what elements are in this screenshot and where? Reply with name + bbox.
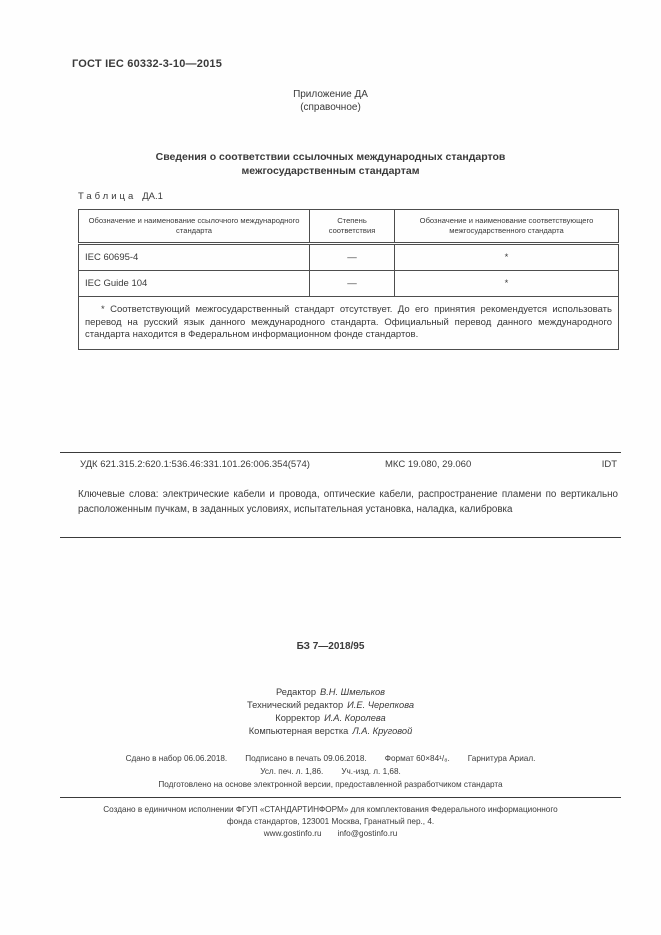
staff-line: Компьютерная версткаЛ.А. Круговой — [0, 725, 661, 738]
section-title-line1: Сведения о соответствии ссылочных междун… — [0, 150, 661, 164]
staff-line: РедакторВ.Н. Шмельков — [0, 686, 661, 699]
signed-to-print-date: Подписано в печать 09.06.2018. — [245, 752, 367, 765]
doc-number: ГОСТ IEC 60332-3-10—2015 — [72, 58, 222, 70]
keywords-paragraph: Ключевые слова: электрические кабели и п… — [78, 487, 618, 517]
staff-role: Компьютерная верстка — [249, 726, 349, 736]
section-title: Сведения о соответствии ссылочных междун… — [0, 150, 661, 178]
divider-above-publisher — [60, 797, 621, 798]
correspondence-table: Обозначение и наименование ссылочного ме… — [78, 209, 619, 350]
typeset-date: Сдано в набор 06.06.2018. — [126, 752, 228, 765]
cell-degree: — — [310, 244, 395, 271]
conventional-sheets: Усл. печ. л. 1,86. — [260, 765, 323, 778]
annex-kind: (справочное) — [0, 101, 661, 114]
print-line-1: Сдано в набор 06.06.2018.Подписано в печ… — [0, 752, 661, 765]
table-header-row: Обозначение и наименование ссылочного ме… — [79, 210, 619, 244]
bz-code: БЗ 7—2018/95 — [0, 641, 661, 652]
col-header-reference-standard: Обозначение и наименование ссылочного ме… — [79, 210, 310, 244]
idt-code: IDT — [602, 459, 617, 470]
annex-label: Приложение ДА — [0, 88, 661, 101]
table-label: ТаблицаДА.1 — [78, 191, 163, 202]
cell-reference-standard: IEC Guide 104 — [79, 271, 310, 297]
editorial-staff-block: РедакторВ.Н. Шмельков Технический редакт… — [0, 686, 661, 738]
publisher-line-1: Создано в единичном исполнении ФГУП «СТА… — [0, 804, 661, 816]
staff-name: В.Н. Шмельков — [320, 687, 385, 697]
cell-degree: — — [310, 271, 395, 297]
table-row: IEC 60695-4 — * — [79, 244, 619, 271]
staff-role: Редактор — [276, 687, 316, 697]
table-footnote-row: * Соответствующий межгосударственный ста… — [79, 297, 619, 350]
mks-code: МКС 19.080, 29.060 — [385, 459, 471, 470]
print-line-3: Подготовлено на основе электронной верси… — [0, 778, 661, 791]
publisher-email: info@gostinfo.ru — [338, 828, 398, 840]
cell-interstate-standard: * — [395, 271, 619, 297]
staff-name: И.А. Королева — [324, 713, 386, 723]
table-row: IEC Guide 104 — * — [79, 271, 619, 297]
section-title-line2: межгосударственным стандартам — [0, 164, 661, 178]
staff-role: Технический редактор — [247, 700, 343, 710]
cell-interstate-standard: * — [395, 244, 619, 271]
typeface-spec: Гарнитура Ариал. — [468, 752, 536, 765]
table-label-number: ДА.1 — [142, 191, 163, 202]
divider-below-keywords — [60, 537, 621, 538]
udk-code: УДК 621.315.2:620.1:536.46:331.101.26:00… — [80, 459, 310, 470]
classification-row: УДК 621.315.2:620.1:536.46:331.101.26:00… — [80, 459, 617, 472]
format-spec: Формат 60×84¹/₈. — [385, 752, 450, 765]
publisher-website: www.gostinfo.ru — [264, 828, 322, 840]
cell-reference-standard: IEC 60695-4 — [79, 244, 310, 271]
print-line-2: Усл. печ. л. 1,86.Уч.-изд. л. 1,68. — [0, 765, 661, 778]
staff-name: Л.А. Круговой — [352, 726, 412, 736]
table-footnote: * Соответствующий межгосударственный ста… — [79, 297, 619, 350]
publishing-sheets: Уч.-изд. л. 1,68. — [341, 765, 400, 778]
publisher-block: Создано в единичном исполнении ФГУП «СТА… — [0, 804, 661, 840]
document-page: ГОСТ IEC 60332-3-10—2015 Приложение ДА (… — [0, 0, 661, 935]
staff-line: КорректорИ.А. Королева — [0, 712, 661, 725]
staff-name: И.Е. Черепкова — [347, 700, 414, 710]
publisher-line-2: фонда стандартов, 123001 Москва, Гранатн… — [0, 816, 661, 828]
table-label-word: Таблица — [78, 191, 136, 202]
col-header-interstate-standard: Обозначение и наименование соответствующ… — [395, 210, 619, 244]
staff-line: Технический редакторИ.Е. Черепкова — [0, 699, 661, 712]
print-imprint-block: Сдано в набор 06.06.2018.Подписано в печ… — [0, 752, 661, 791]
col-header-degree: Степень соответствия — [310, 210, 395, 244]
publisher-line-3: www.gostinfo.ruinfo@gostinfo.ru — [0, 828, 661, 840]
annex-heading: Приложение ДА (справочное) — [0, 88, 661, 114]
staff-role: Корректор — [275, 713, 320, 723]
divider-above-udk — [60, 452, 621, 453]
